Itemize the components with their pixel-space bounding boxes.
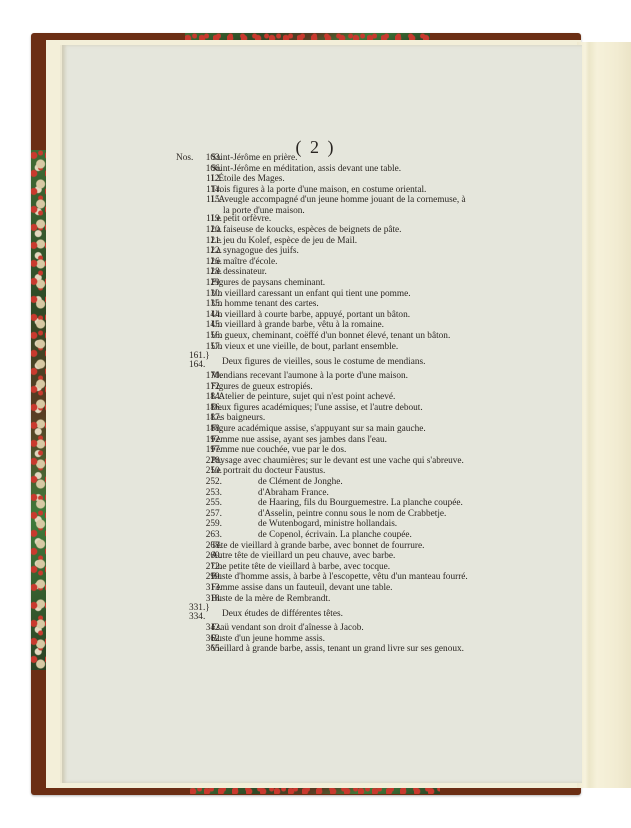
entry-title: Le maître d'école. (211, 257, 277, 268)
catalogue-entry: 130.Un vieillard caressant un enfant qui… (154, 289, 554, 300)
entry-title: Mendians recevant l'aumone à la porte d'… (211, 371, 408, 382)
entry-number: 257. (192, 509, 222, 520)
entry-title: Le dessinateur. (211, 267, 267, 278)
catalogue-entry: 272.Une petite tête de vieillard à barbe… (154, 562, 554, 573)
catalogue-entry: 362.Buste d'un jeune homme assis. (154, 634, 554, 645)
catalogue-entry: 342.Esaü vendant son droit d'aînesse à J… (154, 623, 554, 634)
catalogue-entry: 129.Figures de paysans cheminant. (154, 278, 554, 289)
entry-number: 263. (192, 530, 222, 541)
catalogue-entry: 135.Un homme tenant des cartes. (154, 299, 554, 310)
catalogue-entry: 228.Paysage avec chaumières; sur le deva… (154, 456, 554, 467)
catalogue-entry: 145.Un vieillard à grande barbe, vêtu à … (154, 320, 554, 331)
catalogue-entry: 172.Figures de gueux estropiés. (154, 382, 554, 393)
entry-title: d'Abraham France. (258, 488, 329, 499)
catalogue-entry: 121.Le jeu du Kolef, espèce de jeu de Ma… (154, 236, 554, 247)
entry-title: d'Asselin, peintre connu sous le nom de … (258, 509, 446, 520)
catalogue-entry: 128.Le dessinateur. (154, 267, 554, 278)
entry-title: Le jeu du Kolef, espèce de jeu de Mail. (211, 236, 357, 247)
catalogue-entry: 250.Le portrait du docteur Faustus. (154, 466, 554, 477)
entry-title: Le portrait du docteur Faustus. (211, 466, 325, 477)
entry-title: Buste d'homme assis, à barbe à l'escopet… (211, 572, 468, 583)
entry-title: Femme nue couchée, vue par le dos. (211, 445, 346, 456)
catalogue-entry: 188.Figure académique assise, s'appuyant… (154, 424, 554, 435)
entry-title: La faiseuse de koucks, espèces de beigne… (211, 225, 402, 236)
catalogue-entry: 255.de Haaring, fils du Bourguemestre. L… (154, 498, 554, 509)
entry-number-group: 331.}334. (189, 604, 210, 622)
catalogue-entry: 331.}334.Deux études de différentes tête… (154, 604, 554, 623)
catalogue-entry: Nos.103.Saint-Jérôme en prière. (154, 153, 554, 164)
catalogue-entry: 192.Femme nue assise, ayant ses jambes d… (154, 435, 554, 446)
entry-title: Saint-Jérôme en méditation, assis devant… (211, 164, 401, 175)
catalogue-entry: 157.Un vieux et une vieille, de bout, pa… (154, 342, 554, 353)
entry-title: Tête de vieillard à grande barbe, avec b… (211, 541, 424, 552)
catalogue-entry: 126.Le maître d'école. (154, 257, 554, 268)
catalogue-entry: 161.}164.Deux figures de vieilles, sous … (154, 352, 554, 371)
catalogue-entry: 299.Buste d'homme assis, à barbe à l'esc… (154, 572, 554, 583)
entry-title: L'Étoile des Mages. (211, 174, 285, 185)
catalogue-entry: 114.Trois figures à la porte d'une maiso… (154, 185, 554, 196)
entry-title: Un vieillard à courte barbe, appuyé, por… (211, 310, 410, 321)
catalogue-entry: 187.Les baigneurs. (154, 413, 554, 424)
catalogue-entry: 318.Buste de la mère de Rembrandt. (154, 594, 554, 605)
entry-title: Figures de gueux estropiés. (211, 382, 313, 393)
entry-number-group: 161.}164. (189, 352, 210, 370)
catalogue-entry: 112.L'Étoile des Mages. (154, 174, 554, 185)
entry-title: Un gueux, cheminant, coëffé d'un bonnet … (211, 331, 450, 342)
entry-title: Buste d'un jeune homme assis. (211, 634, 325, 645)
entry-title: L'Aveugle accompagné d'un jeune homme jo… (211, 195, 466, 206)
entry-title: L'Atelier de peinture, sujet qui n'est p… (211, 392, 395, 403)
catalogue-entry: 170.Mendians recevant l'aumone à la port… (154, 371, 554, 382)
entry-title: La synagogue des juifs. (211, 246, 299, 257)
entry-title: Femme nue assise, ayant ses jambes dans … (211, 435, 387, 446)
catalogue-entry: 144.Un vieillard à courte barbe, appuyé,… (154, 310, 554, 321)
entry-title: Le petit orfèvre. (211, 214, 271, 225)
catalogue-entry: 119.Le petit orfèvre. (154, 214, 554, 225)
entry-title: Figures de paysans cheminant. (211, 278, 325, 289)
entry-title: Saint-Jérôme en prière. (211, 153, 297, 164)
catalogue-entry: 269.Autre tête de vieillard un peu chauv… (154, 551, 554, 562)
entry-title: de Haaring, fils du Bourguemestre. La pl… (258, 498, 463, 509)
entry-title: de Clément de Jonghe. (258, 477, 343, 488)
catalogue-entries: Nos.103.Saint-Jérôme en prière.106.Saint… (154, 153, 554, 655)
entry-title: Autre tête de vieillard un peu chauve, a… (211, 551, 395, 562)
catalogue-entry: 106.Saint-Jérôme en méditation, assis de… (154, 164, 554, 175)
catalogue-entry: 263.de Copenol, écrivain. La planche cou… (154, 530, 554, 541)
catalogue-entry: 122.La synagogue des juifs. (154, 246, 554, 257)
catalogue-entry: 186.Deux figures académiques; l'une assi… (154, 403, 554, 414)
catalogue-entry: 156.Un gueux, cheminant, coëffé d'un bon… (154, 331, 554, 342)
entry-title: Paysage avec chaumières; sur le devant e… (211, 456, 464, 467)
entry-title: Un vieux et une vieille, de bout, parlan… (211, 342, 398, 353)
entry-title: Trois figures à la porte d'une maison, e… (211, 185, 426, 196)
entry-title: Un vieillard à grande barbe, vêtu à la r… (211, 320, 384, 331)
catalogue-entry: 120.La faiseuse de koucks, espèces de be… (154, 225, 554, 236)
entry-number: 259. (192, 519, 222, 530)
entry-title: Une petite tête de vieillard à barbe, av… (211, 562, 390, 573)
entry-title: de Copenol, écrivain. La planche coupée. (258, 530, 412, 541)
catalogue-entry: 197.Femme nue couchée, vue par le dos. (154, 445, 554, 456)
entry-title: Esaü vendant son droit d'aînesse à Jacob… (211, 623, 364, 634)
catalogue-entry: 257.d'Asselin, peintre connu sous le nom… (154, 509, 554, 520)
entry-title: Buste de la mère de Rembrandt. (211, 594, 330, 605)
catalogue-entry: 365.Vieillard à grande barbe, assis, ten… (154, 644, 554, 655)
entry-number: 255. (192, 498, 222, 509)
catalogue-entry: 252.de Clément de Jonghe. (154, 477, 554, 488)
entry-title: Vieillard à grande barbe, assis, tenant … (211, 644, 464, 655)
entry-title: Les baigneurs. (211, 413, 265, 424)
entry-title: Deux études de différentes têtes. (222, 609, 343, 620)
entry-title: Un vieillard caressant un enfant qui tie… (211, 289, 411, 300)
entry-title: Deux figures de vieilles, sous le costum… (222, 357, 425, 368)
entry-title: Un homme tenant des cartes. (211, 299, 319, 310)
catalogue-entry: 313.Femme assise dans un fauteuil, devan… (154, 583, 554, 594)
entry-title: Deux figures académiques; l'une assise, … (211, 403, 423, 414)
catalogue-entry: 253.d'Abraham France. (154, 488, 554, 499)
catalogue-entry: 259.de Wutenbogard, ministre hollandais. (154, 519, 554, 530)
entry-title: Femme assise dans un fauteuil, devant un… (211, 583, 393, 594)
entry-number: 252. (192, 477, 222, 488)
catalogue-entry: 115.L'Aveugle accompagné d'un jeune homm… (154, 195, 554, 214)
entry-title: Figure académique assise, s'appuyant sur… (211, 424, 426, 435)
entry-title: de Wutenbogard, ministre hollandais. (258, 519, 397, 530)
entry-number: 253. (192, 488, 222, 499)
catalogue-entry: 184.L'Atelier de peinture, sujet qui n'e… (154, 392, 554, 403)
marbled-edge-left (31, 150, 47, 670)
catalogue-entry: 268.Tête de vieillard à grande barbe, av… (154, 541, 554, 552)
